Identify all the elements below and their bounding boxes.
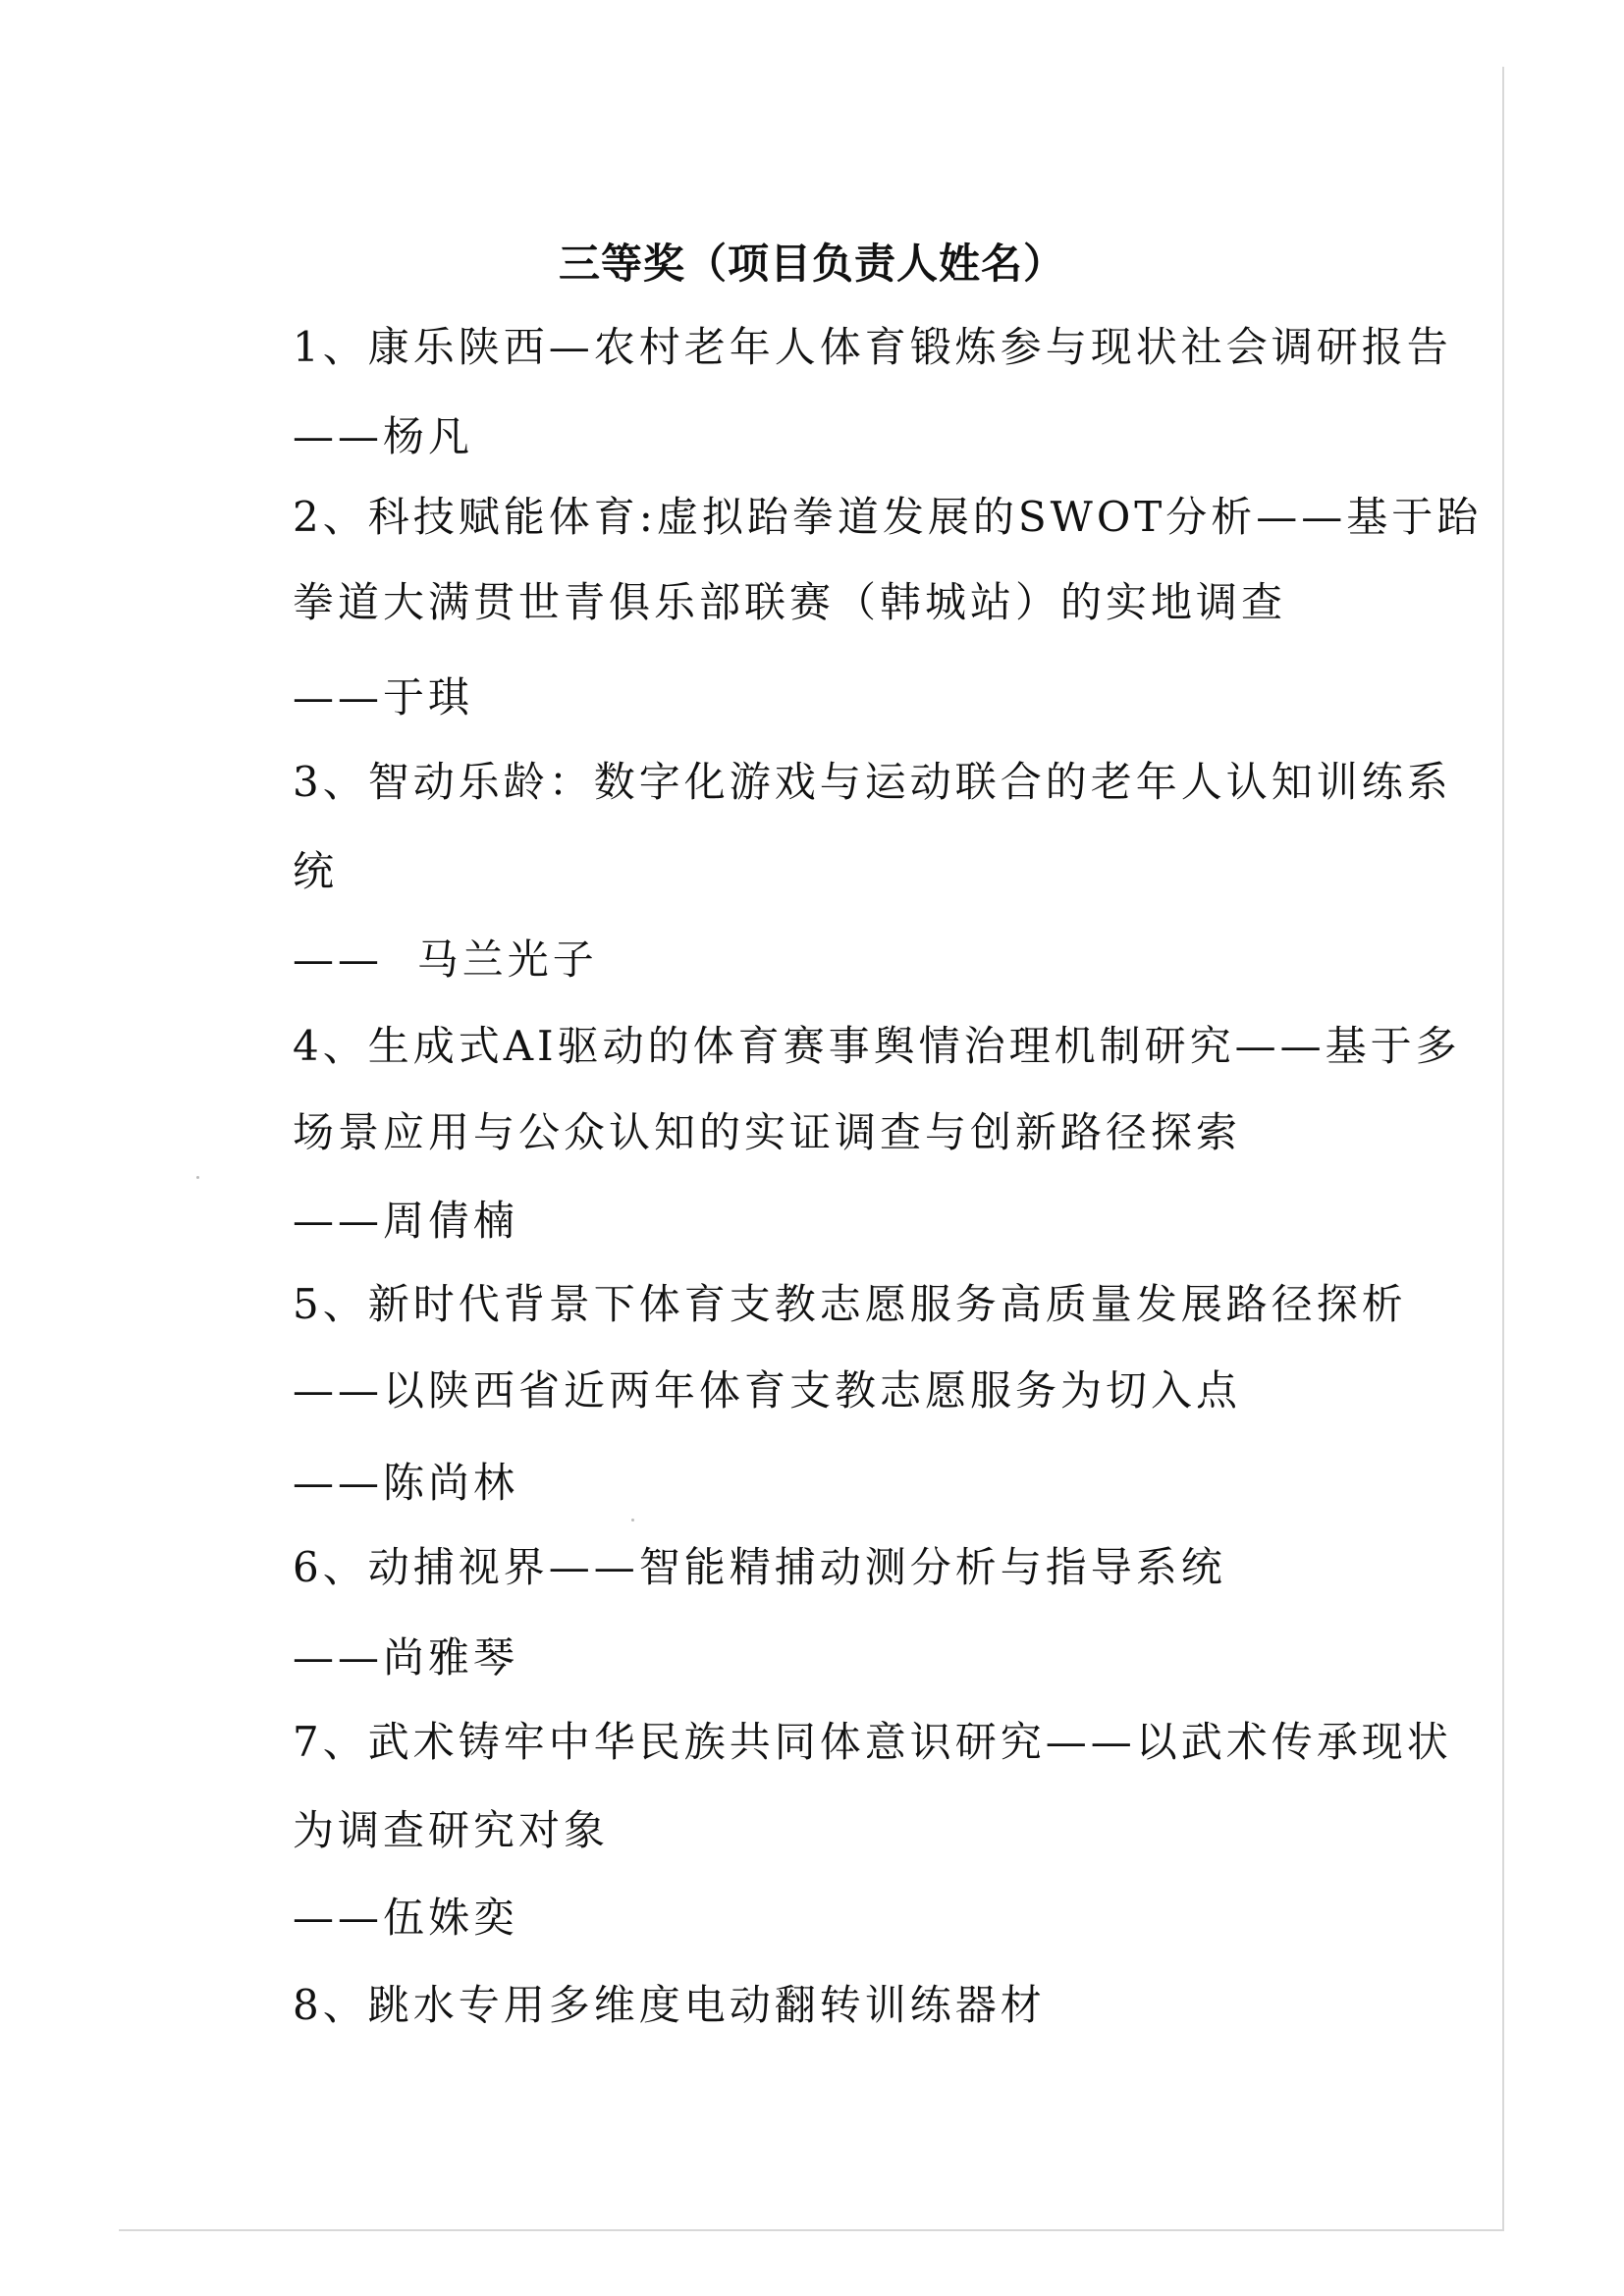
scan-speck	[631, 1519, 634, 1522]
page-edge-right	[1502, 67, 1504, 2231]
award-item-5-title-line-2: ——以陕西省近两年体育支教志愿服务为切入点	[293, 1365, 1241, 1416]
award-item-8-title-line-1: 8、跳水专用多维度电动翻转训练器材	[293, 1980, 1046, 2031]
award-item-7-leader: ——伍姝奕	[293, 1893, 518, 1944]
award-item-2-title-line-2: 拳道大满贯世青俱乐部联赛（韩城站）的实地调查	[293, 577, 1286, 628]
award-item-1-leader: ——杨凡	[293, 411, 473, 462]
award-item-6-title-line-1: 6、动捕视界——智能精捕动测分析与指导系统	[293, 1542, 1226, 1593]
page-title: 三等奖（项目负责人姓名）	[0, 240, 1624, 289]
award-item-5-title-line-1: 5、新时代背景下体育支教志愿服务高质量发展路径探析	[293, 1279, 1407, 1330]
award-item-2-title-line-1: 2、科技赋能体育:虚拟跆拳道发展的SWOT分析——基于跆	[293, 492, 1482, 543]
award-item-6-leader: ——尚雅琴	[293, 1632, 518, 1683]
award-item-3-title-line-2: 统	[293, 846, 338, 897]
page-edge-bottom	[119, 2229, 1504, 2231]
award-item-5-leader: ——陈尚林	[293, 1458, 518, 1509]
award-item-7-title-line-1: 7、武术铸牢中华民族共同体意识研究——以武术传承现状	[293, 1717, 1452, 1768]
award-item-4-title-line-1: 4、生成式AI驱动的体育赛事舆情治理机制研究——基于多	[293, 1021, 1461, 1072]
award-item-7-title-line-2: 为调查研究对象	[293, 1805, 609, 1856]
award-item-4-leader: ——周倩楠	[293, 1196, 518, 1247]
award-item-1-title-line-1: 1、康乐陕西—农村老年人体育锻炼参与现状社会调研报告	[293, 322, 1452, 373]
award-item-3-leader: —— 马兰光子	[293, 934, 598, 986]
award-item-3-title-line-1: 3、智动乐龄：数字化游戏与运动联合的老年人认知训练系	[293, 757, 1452, 808]
scan-speck	[196, 1176, 199, 1179]
award-item-2-leader: ——于琪	[293, 672, 473, 723]
award-item-4-title-line-2: 场景应用与公众认知的实证调查与创新路径探索	[293, 1107, 1241, 1158]
